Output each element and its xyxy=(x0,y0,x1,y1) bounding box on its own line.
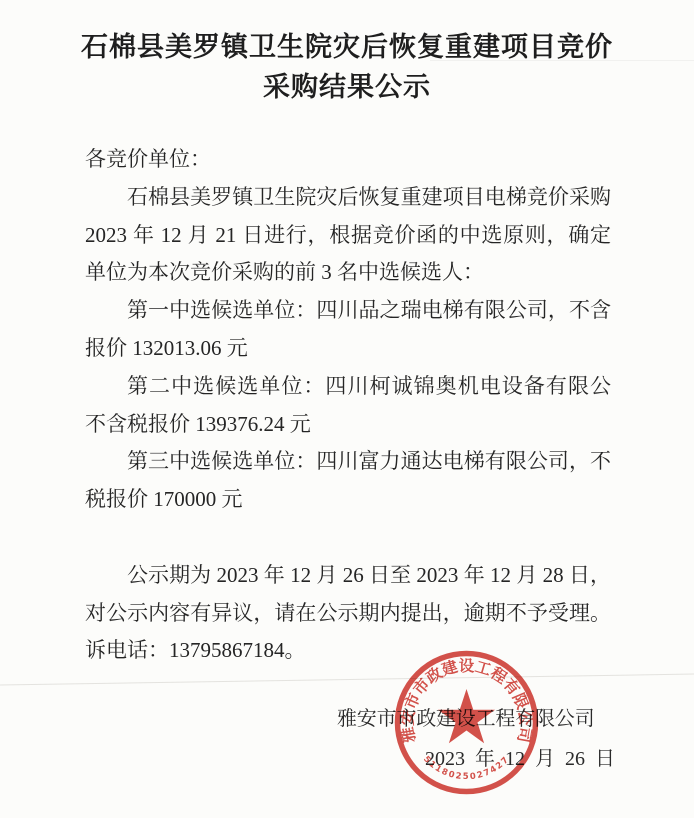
company-seal-stamp: 雅安市市政建设工程有限公司 5118025027427 xyxy=(385,641,548,804)
seal-star-icon xyxy=(438,689,495,743)
seal-code-arc-text: 5118025027427 xyxy=(421,754,512,782)
body-line-candidate2-2: 不含税报价 139376.24 元 xyxy=(85,406,611,444)
body-line-intro-3: 单位为本次竞价采购的前 3 名中选候选人： xyxy=(85,254,611,292)
body-line-publicity-2: 对公示内容有异议，请在公示期内提出，逾期不予受理。投 xyxy=(85,595,611,633)
document-body: 各竞价单位： 石棉县美罗镇卫生院灾后恢复重建项目电梯竞价采购于 2023 年 1… xyxy=(85,141,611,670)
document-title: 石棉县美罗镇卫生院灾后恢复重建项目竞价 采购结果公示 xyxy=(0,28,694,108)
body-line-intro-2: 2023 年 12 月 21 日进行，根据竞价函的中选原则，确定以下 xyxy=(85,217,611,255)
body-blank-line xyxy=(85,519,611,557)
body-line-candidate3-1: 第三中选候选单位：四川富力通达电梯有限公司，不含 xyxy=(85,443,611,481)
title-line-1: 石棉县美罗镇卫生院灾后恢复重建项目竞价 xyxy=(0,28,694,68)
scan-artifact-line xyxy=(0,674,694,686)
body-line-publicity-1: 公示期为 2023 年 12 月 26 日至 2023 年 12 月 28 日，… xyxy=(85,557,611,595)
body-line-intro-1: 石棉县美罗镇卫生院灾后恢复重建项目电梯竞价采购于 xyxy=(85,179,611,217)
body-line-salutation: 各竞价单位： xyxy=(85,141,611,179)
body-line-candidate2-1: 第二中选候选单位：四川柯诚锦奥机电设备有限公司， xyxy=(85,368,611,406)
body-line-candidate3-2: 税报价 170000 元 xyxy=(85,481,611,519)
document-page: 石棉县美罗镇卫生院灾后恢复重建项目竞价 采购结果公示 各竞价单位： 石棉县美罗镇… xyxy=(0,0,694,818)
body-line-candidate1-2: 报价 132013.06 元 xyxy=(85,330,611,368)
title-line-2: 采购结果公示 xyxy=(0,68,694,108)
body-line-candidate1-1: 第一中选候选单位：四川品之瑞电梯有限公司，不含税 xyxy=(85,292,611,330)
